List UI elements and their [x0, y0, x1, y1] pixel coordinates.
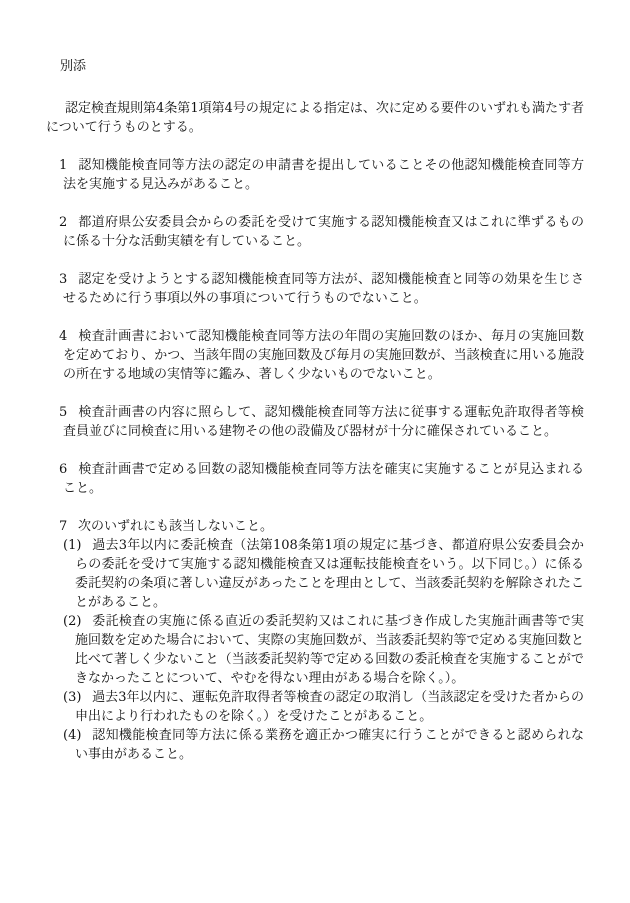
sub-item-number: (1) — [63, 536, 92, 555]
item-text: 次のいずれにも該当しないこと。 — [78, 519, 273, 534]
item-text: 検査計画書で定める回数の認知機能検査同等方法を確実に実施することが見込まれること… — [63, 462, 584, 496]
item-number: 7 — [59, 517, 78, 536]
item-text: 検査計画書の内容に照らして、認知機能検査同等方法に従事する運転免許取得者等検査員… — [63, 405, 584, 439]
item-number: 5 — [59, 403, 78, 422]
sub-item-number: (4) — [63, 726, 92, 745]
sub-item-text: 委託検査の実施に係る直近の委託契約又はこれに基づき作成した実施計画書等で実施回数… — [75, 614, 584, 686]
item-text: 認知機能検査同等方法の認定の申請書を提出していることその他認知機能検査同等方法を… — [63, 158, 584, 192]
list-item-5: 5検査計画書の内容に照らして、認知機能検査同等方法に従事する運転免許取得者等検査… — [46, 403, 584, 441]
item-text: 検査計画書において認知機能検査同等方法の年間の実施回数のほか、毎月の実施回数を定… — [63, 329, 584, 382]
sub-item-text: 過去3年以内に、運転免許取得者等検査の認定の取消し（当該認定を受けた者からの申出… — [75, 690, 584, 724]
list-item-6: 6検査計画書で定める回数の認知機能検査同等方法を確実に実施することが見込まれるこ… — [46, 460, 584, 498]
attachment-label: 別添 — [60, 57, 584, 76]
sub-list-item-1: (1)過去3年以内に委託検査（法第108条第1項の規定に基づき、都道府県公安委員… — [46, 536, 584, 612]
item-number: 2 — [59, 213, 78, 232]
sub-item-number: (3) — [63, 688, 92, 707]
intro-paragraph: 認定検査規則第4条第1項第4号の規定による指定は、次に定める要件のいずれも満たす… — [46, 99, 584, 137]
sub-list-item-4: (4)認知機能検査同等方法に係る業務を適正かつ確実に行うことができると認められな… — [46, 726, 584, 764]
sub-item-text: 認知機能検査同等方法に係る業務を適正かつ確実に行うことができると認められない事由… — [75, 728, 584, 762]
list-item-1: 1認知機能検査同等方法の認定の申請書を提出していることその他認知機能検査同等方法… — [46, 156, 584, 194]
item-text: 都道府県公安委員会からの委託を受けて実施する認知機能検査又はこれに準ずるものに係… — [63, 215, 584, 249]
list-item-4: 4検査計画書において認知機能検査同等方法の年間の実施回数のほか、毎月の実施回数を… — [46, 327, 584, 384]
item-number: 6 — [59, 460, 78, 479]
list-item-2: 2都道府県公安委員会からの委託を受けて実施する認知機能検査又はこれに準ずるものに… — [46, 213, 584, 251]
item-text: 認定を受けようとする認知機能検査同等方法が、認知機能検査と同等の効果を生じさせる… — [63, 272, 584, 306]
item-number: 1 — [59, 156, 78, 175]
sub-list-item-2: (2)委託検査の実施に係る直近の委託契約又はこれに基づき作成した実施計画書等で実… — [46, 612, 584, 688]
list-item-3: 3認定を受けようとする認知機能検査同等方法が、認知機能検査と同等の効果を生じさせ… — [46, 270, 584, 308]
sub-item-text: 過去3年以内に委託検査（法第108条第1項の規定に基づき、都道府県公安委員会から… — [75, 538, 584, 610]
item-number: 3 — [59, 270, 78, 289]
sub-list-item-3: (3)過去3年以内に、運転免許取得者等検査の認定の取消し（当該認定を受けた者から… — [46, 688, 584, 726]
list-item-7: 7次のいずれにも該当しないこと。 — [46, 517, 584, 536]
item-number: 4 — [59, 327, 78, 346]
sub-item-number: (2) — [63, 612, 92, 631]
document-page: 別添 認定検査規則第4条第1項第4号の規定による指定は、次に定める要件のいずれも… — [0, 0, 630, 903]
